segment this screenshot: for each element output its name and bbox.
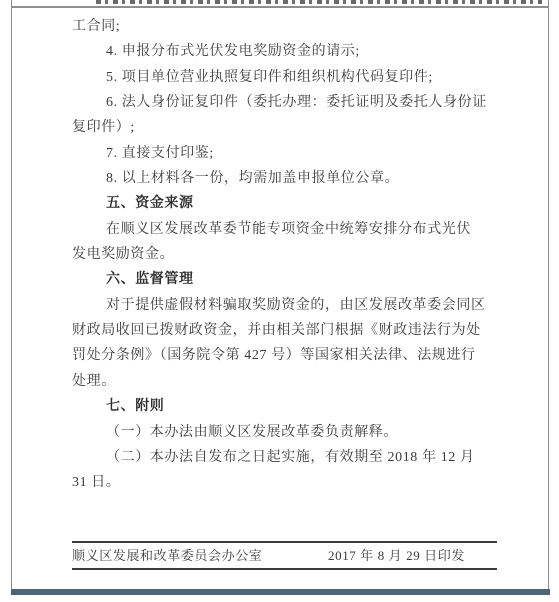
body-line: 对于提供虚假材料骗取奖励资金的，由区发展改革委会同区: [72, 293, 524, 318]
issuing-office: 顺义区发展和改革委员会办公室: [72, 543, 262, 568]
body-line: 31 日。: [72, 470, 524, 495]
body-line: 6. 法人身份证复印件（委托办理：委托证明及委托人身份证: [72, 90, 524, 115]
page-left-border: [11, 0, 12, 589]
clipped-previous-line: [96, 0, 542, 4]
body-line: 复印件）;: [72, 115, 524, 140]
body-line: （二）本办法自发布之日起实施，有效期至 2018 年 12 月: [72, 445, 524, 470]
print-date: 2017 年 8 月 29 日印发: [328, 543, 465, 568]
body-line: 7. 直接支付印鉴;: [72, 141, 524, 166]
body-line: 5. 项目单位营业执照复印件和组织机构代码复印件;: [72, 65, 524, 90]
section-heading-supervision: 六、监督管理: [72, 267, 524, 292]
section-heading-supplementary: 七、附则: [72, 394, 524, 419]
body-line: （一）本办法由顺义区发展改革委负责解释。: [72, 420, 524, 445]
page-right-border: [548, 0, 549, 589]
body-line: 财政局收回已拨财政资金，并由相关部门根据《财政违法行为处: [72, 318, 524, 343]
bottom-accent-bar: [11, 589, 550, 595]
body-line: 处理。: [72, 369, 524, 394]
document-page: { "page": { "background": "#ffffff", "bo…: [0, 0, 559, 602]
footer-bottom-rule: [72, 568, 497, 570]
body-line: 工合同;: [72, 14, 524, 39]
footer: 顺义区发展和改革委员会办公室 2017 年 8 月 29 日印发: [72, 543, 497, 568]
body-line: 4. 申报分布式光伏发电奖励资金的请示;: [72, 39, 524, 64]
body-line: 在顺义区发展改革委节能专项资金中统筹安排分布式光伏: [72, 217, 524, 242]
section-heading-funding-source: 五、资金来源: [72, 191, 524, 216]
body-line: 罚处分条例》（国务院令第 427 号）等国家相关法律、法规进行: [72, 343, 524, 368]
document-body: 工合同; 4. 申报分布式光伏发电奖励资金的请示; 5. 项目单位营业执照复印件…: [72, 14, 524, 496]
page-top-border: [11, 6, 549, 8]
body-line: 8. 以上材料各一份，均需加盖申报单位公章。: [72, 166, 524, 191]
body-line: 发电奖励资金。: [72, 242, 524, 267]
